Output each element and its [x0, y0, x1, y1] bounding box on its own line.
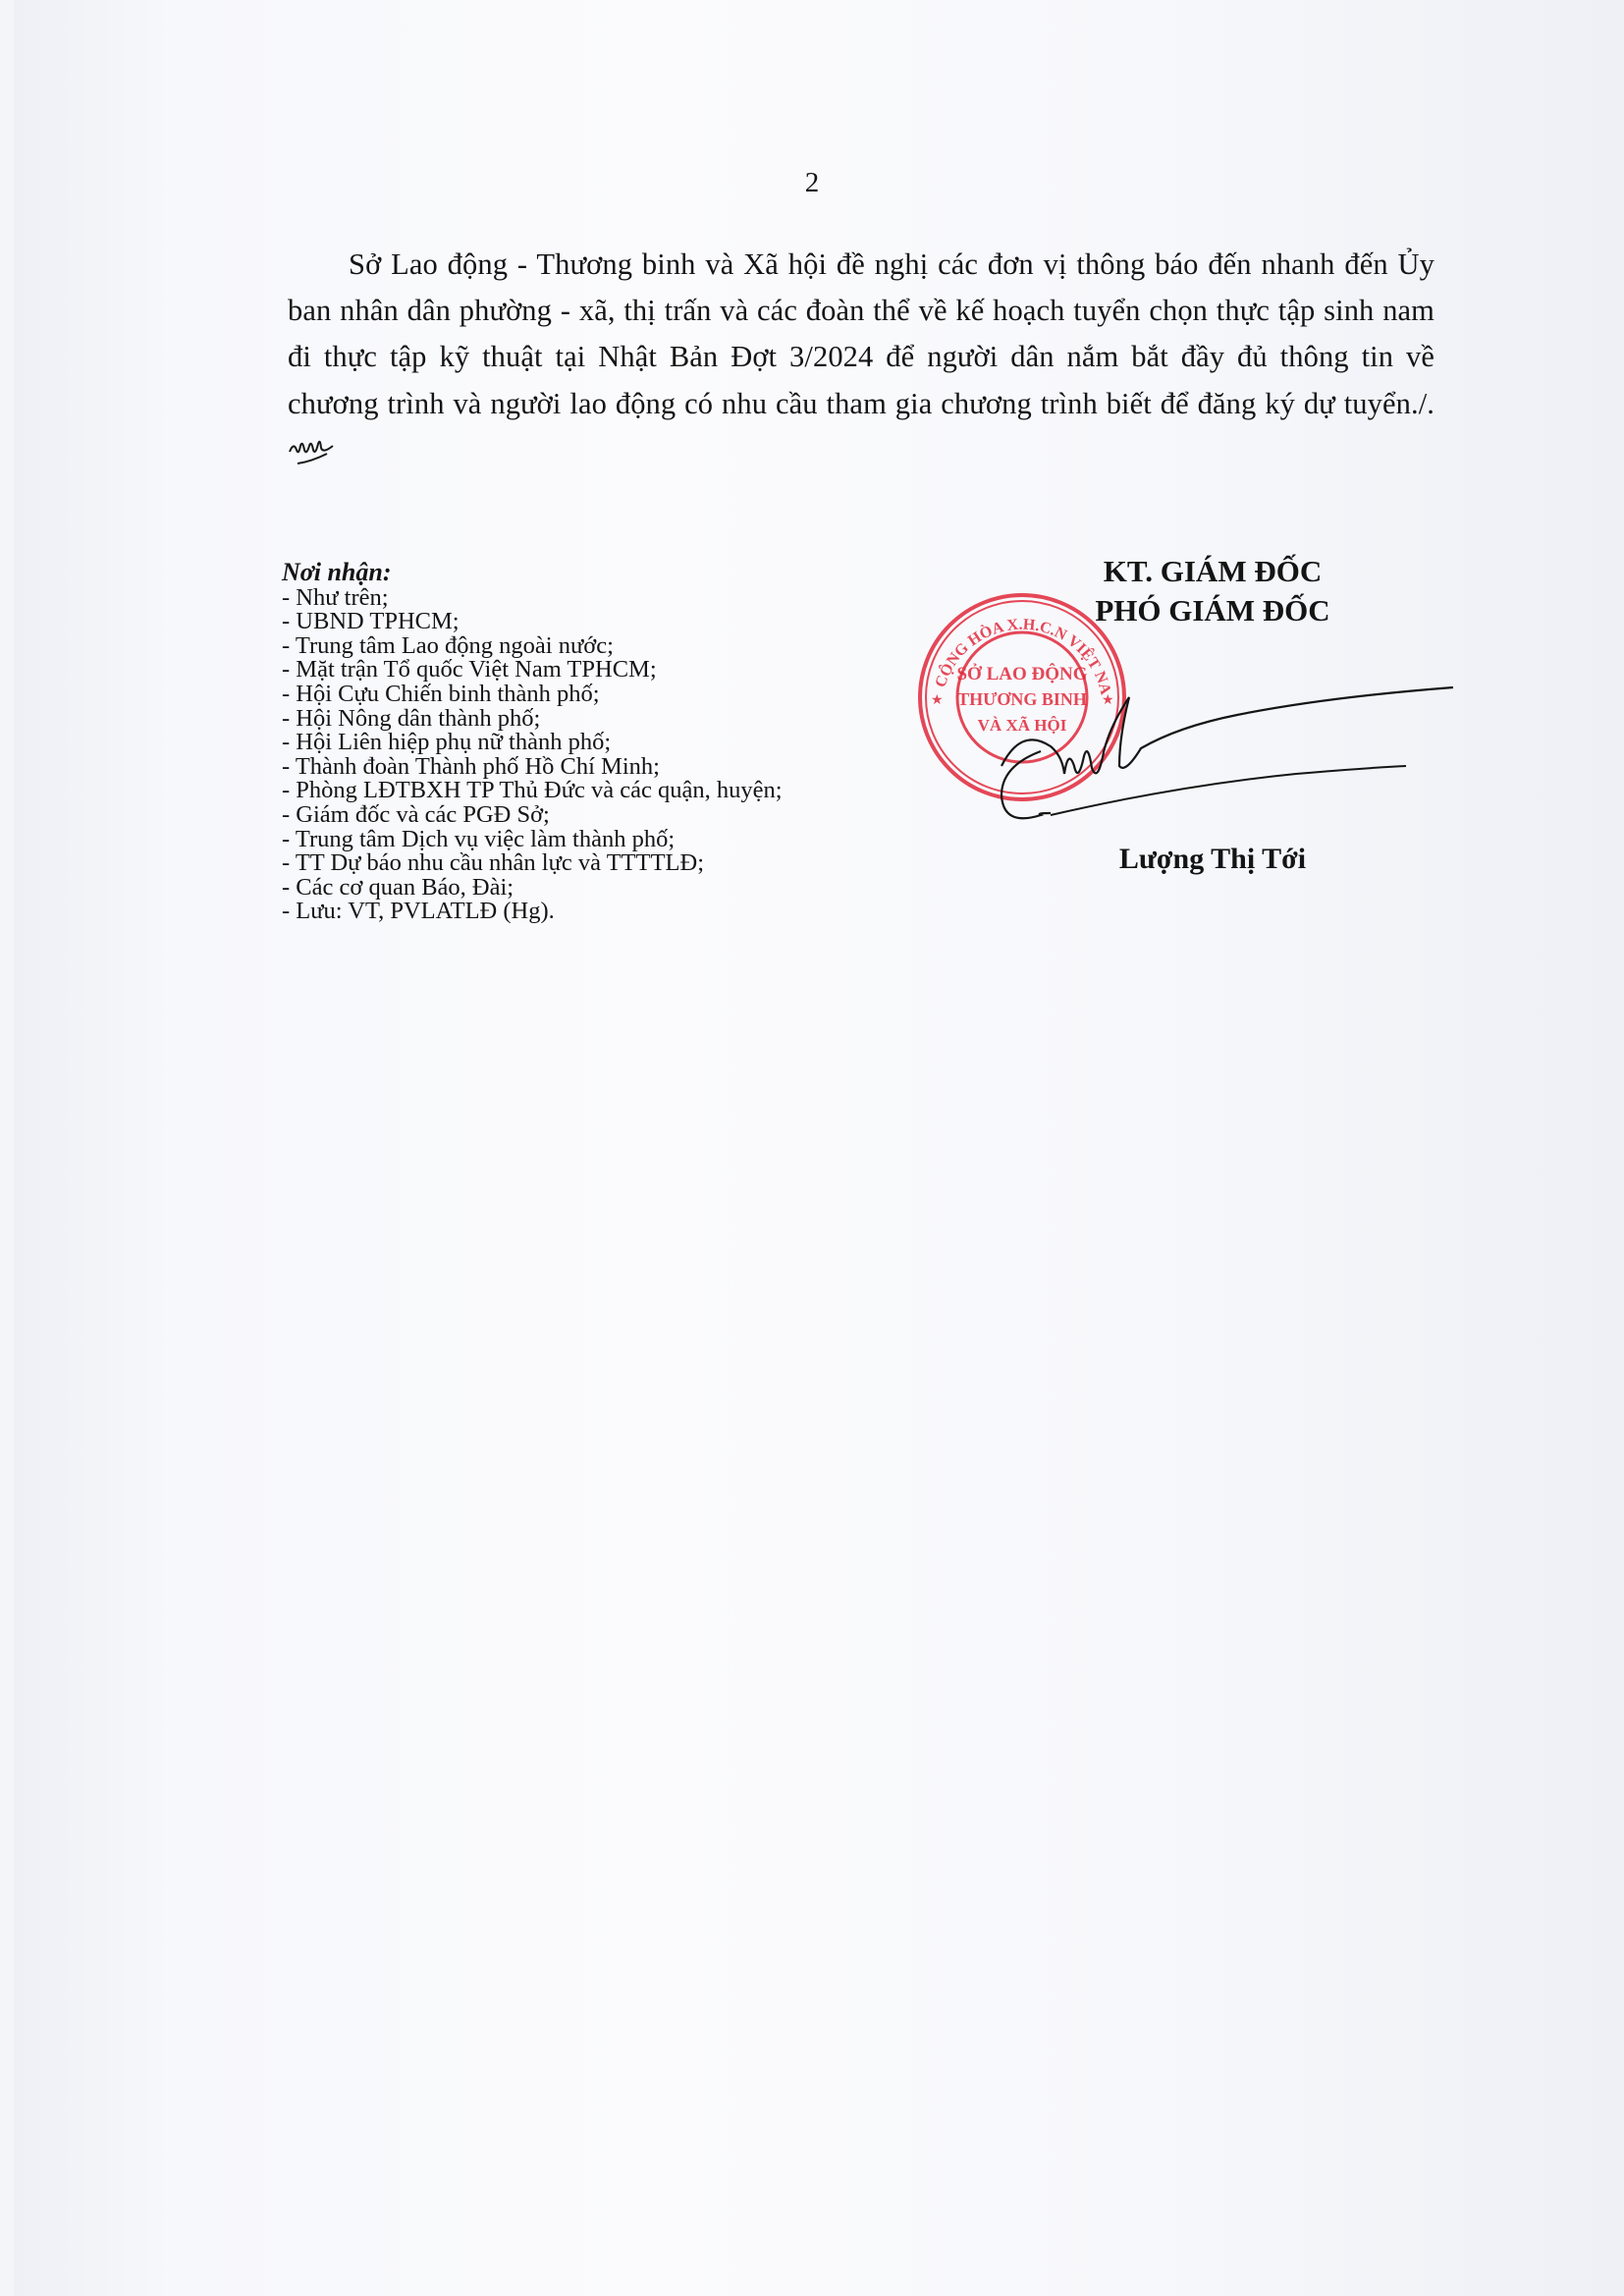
recipient-item: - Hội Liên hiệp phụ nữ thành phố;: [282, 731, 910, 755]
initials-mark-icon: [288, 432, 335, 465]
recipient-item: - Như trên;: [282, 586, 910, 611]
recipient-item: - Hội Cựu Chiến binh thành phố;: [282, 683, 910, 707]
recipient-item: - Trung tâm Dịch vụ việc làm thành phố;: [282, 828, 910, 852]
recipient-item: - Mặt trận Tổ quốc Việt Nam TPHCM;: [282, 658, 910, 683]
signer-name: Lượng Thị Tới: [1011, 843, 1414, 876]
recipient-item: - Hội Nông dân thành phố;: [282, 707, 910, 732]
signature-title-line1: KT. GIÁM ĐỐC: [1011, 552, 1414, 591]
recipient-item: - TT Dự báo nhu cầu nhân lực và TTTTLĐ;: [282, 851, 910, 876]
signature-title-block: KT. GIÁM ĐỐC PHÓ GIÁM ĐỐC: [1011, 552, 1414, 630]
recipient-item: - UBND TPHCM;: [282, 610, 910, 634]
body-paragraph-text: Sở Lao động - Thương binh và Xã hội đề n…: [288, 247, 1435, 420]
recipients-list: Nơi nhận: - Như trên; - UBND TPHCM; - Tr…: [282, 561, 910, 924]
svg-text:★: ★: [931, 693, 944, 708]
recipients-title: Nơi nhận:: [282, 561, 910, 585]
body-paragraph: Sở Lao động - Thương binh và Xã hội đề n…: [288, 242, 1435, 473]
recipient-item: - Phòng LĐTBXH TP Thủ Đức và các quận, h…: [282, 779, 910, 803]
recipient-item: - Trung tâm Lao động ngoài nước;: [282, 634, 910, 659]
handwritten-signature-icon: [982, 658, 1463, 835]
recipient-item: - Các cơ quan Báo, Đài;: [282, 876, 910, 901]
recipient-item: - Lưu: VT, PVLATLĐ (Hg).: [282, 900, 910, 924]
recipient-item: - Thành đoàn Thành phố Hồ Chí Minh;: [282, 755, 910, 780]
page-number: 2: [0, 167, 1624, 199]
recipient-item: - Giám đốc và các PGĐ Sở;: [282, 803, 910, 828]
signature-title-line2: PHÓ GIÁM ĐỐC: [1011, 591, 1414, 630]
